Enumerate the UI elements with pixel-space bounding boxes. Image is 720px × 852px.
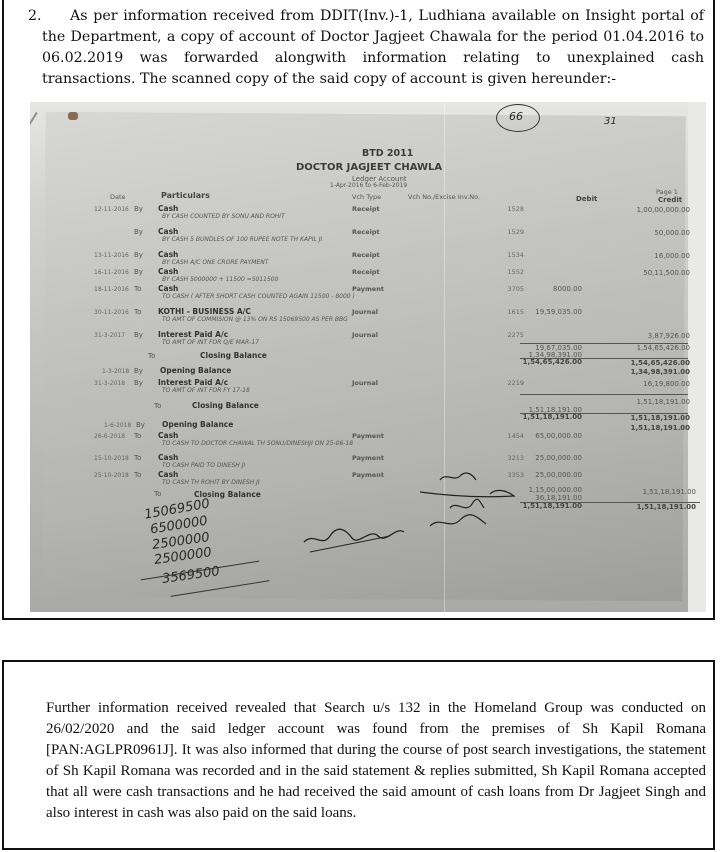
ledger-period-text: 1-Apr-2016 to 6-Feb-2019 (330, 182, 407, 189)
opening-by: By (134, 367, 143, 375)
entry-by-to: To (134, 285, 141, 293)
entry-vch-no: 3213 (507, 454, 524, 462)
paragraph-2-text: As per information received from DDIT(In… (42, 8, 704, 87)
entry-vch-type: Receipt (352, 228, 380, 236)
closing-credit-total: 1,51,18,191.00 (637, 503, 696, 511)
entry-vch-type: Receipt (352, 268, 380, 276)
entry-by-to: To (134, 308, 141, 316)
entry-by-to: By (134, 268, 143, 276)
entry-debit: 19,59,035.00 (535, 308, 582, 316)
entry-vch-type: Journal (352, 379, 378, 387)
entry-particulars: Interest Paid A/c (158, 330, 228, 339)
entry-narration: BY CASH 5000000 + 11500 =5011500 (162, 276, 278, 283)
entry-vch-no: 2219 (507, 379, 524, 387)
entry-narration: TO CASH PAID TO DINESH JI (162, 462, 245, 469)
entry-by-to: By (134, 251, 143, 259)
binder-clip (68, 112, 78, 120)
entry-particulars: Interest Paid A/c (158, 378, 228, 387)
entry-narration: BY CASH 5 BUNDLES OF 100 RUPEE NOTE TH K… (162, 236, 322, 243)
entry-by-to: To (134, 432, 141, 440)
entry-vch-no: 3705 (507, 285, 524, 293)
opening-by: By (136, 421, 145, 429)
entry-by-to: By (134, 228, 143, 236)
entry-by-to: To (134, 454, 141, 462)
entry-debit: 65,00,000.00 (535, 432, 582, 440)
entry-credit: 50,11,500.00 (643, 269, 690, 277)
entry-credit: 16,19,800.00 (643, 380, 690, 388)
closing-debit-total: 1,51,18,191.00 (523, 413, 582, 421)
entry-credit: 3,87,926.00 (648, 332, 690, 340)
entry-credit: 1,00,00,000.00 (637, 206, 690, 214)
entry-date: 30-11-2016 (94, 309, 129, 316)
entry-vch-no: 1529 (507, 228, 524, 236)
entry-credit: 50,000.00 (654, 229, 690, 237)
entry-vch-type: Payment (352, 454, 384, 462)
handwritten-note: 31 (604, 116, 617, 127)
closing-to: To (154, 402, 161, 410)
opening-date: 1-6-2018 (104, 422, 131, 429)
entry-narration: TO CASH TO DOCTOR CHAWAL TH SONU/DINESHJ… (162, 440, 353, 447)
entry-debit: 8000.00 (553, 285, 582, 293)
paragraph-number: 2. (28, 6, 70, 27)
entry-narration: TO CASH ( AFTER SHORT CASH COUNTED AGAIN… (162, 293, 355, 300)
entry-vch-type: Payment (352, 432, 384, 440)
opening-balance-label: Opening Balance (162, 420, 233, 429)
entry-date: 13-11-2016 (94, 252, 129, 259)
entry-vch-type: Payment (352, 471, 384, 479)
closing-credit-subtotal: 1,51,18,191.00 (637, 398, 690, 406)
closing-debit-subtotal: 1,15,00,000.00 (529, 486, 582, 494)
entry-vch-no: 1615 (507, 308, 524, 316)
col-debit: Debit (576, 195, 597, 203)
closing-credit-total: 1,51,18,191.00 (631, 414, 690, 422)
closing-debit-balance: 36,18,191.00 (535, 494, 582, 502)
handwritten-page-number: 66 (509, 110, 523, 123)
entry-narration: TO AMT OF INT FOR Q/E MAR-17 (162, 339, 259, 346)
entry-vch-type: Payment (352, 285, 384, 293)
entry-vch-no: 1552 (507, 268, 524, 276)
opening-balance-label: Opening Balance (160, 366, 231, 375)
closing-debit-total: 1,54,65,426.00 (523, 358, 582, 366)
entry-vch-no: 1534 (507, 251, 524, 259)
entry-date: 31-3-2017 (94, 332, 125, 339)
entry-particulars: KOTHI - BUSINESS A/C (158, 307, 251, 316)
entry-particulars: Cash (158, 204, 178, 213)
opening-date: 1-3-2018 (102, 368, 129, 375)
ledger-account-name: DOCTOR JAGJEET CHAWLA (296, 162, 442, 173)
closing-balance-label: Closing Balance (200, 351, 267, 360)
closing-credit-subtotal: 1,54,65,426.00 (637, 344, 690, 352)
paragraph-2: 2.As per information received from DDIT(… (42, 6, 704, 90)
entry-date: 31-3-2018 (94, 380, 125, 387)
entry-narration: BY CASH COUNTED BY SONU AND ROHIT (162, 213, 285, 220)
entry-narration: TO AMT OF COMMISION @ 13% ON RS 15069500… (162, 316, 348, 323)
entry-particulars: Cash (158, 431, 178, 440)
entry-by-to: By (134, 379, 143, 387)
entry-vch-no: 1454 (507, 432, 524, 440)
entry-debit: 25,00,000.00 (535, 454, 582, 462)
entry-particulars: Cash (158, 250, 178, 259)
entry-vch-no: 1528 (507, 205, 524, 213)
opening-credit: 1,34,98,391.00 (631, 368, 690, 376)
entry-particulars: Cash (158, 453, 178, 462)
entry-vch-no: 2275 (507, 331, 524, 339)
paper-fold-line (30, 112, 38, 232)
opening-credit: 1,51,18,191.00 (631, 424, 690, 432)
entry-narration: BY CASH A/C ONE CRORE PAYMENT (162, 259, 268, 266)
paragraph-3: Further information received revealed th… (46, 698, 706, 824)
entry-by-to: By (134, 205, 143, 213)
ledger-company: BTD 2011 (362, 148, 413, 159)
closing-balance-label: Closing Balance (192, 401, 259, 410)
entry-narration: TO AMT OF INT FOR FY 17-18 (162, 387, 250, 394)
entry-credit: 16,000.00 (654, 252, 690, 260)
closing-credit-subtotal: 1,51,18,191.00 (643, 488, 696, 496)
entry-date: 12-11-2016 (94, 206, 129, 213)
entry-particulars: Cash (158, 470, 178, 479)
entry-narration: TO CASH TH ROHIT BY DINESH JI (162, 479, 260, 486)
entry-date: 15-10-2018 (94, 455, 129, 462)
signature-2 (410, 468, 520, 548)
closing-credit-total: 1,54,65,426.00 (631, 359, 690, 367)
entry-date: 16-11-2016 (94, 269, 129, 276)
entry-by-to: To (134, 471, 141, 479)
entry-particulars: Cash (158, 284, 178, 293)
page-label: Page 1 (656, 188, 678, 196)
entry-date: 25-10-2018 (94, 472, 129, 479)
col-vch-type: Vch Type (352, 193, 381, 201)
closing-debit-total: 1,51,18,191.00 (523, 502, 582, 510)
entry-date: 26-6-2018 (94, 433, 125, 440)
entry-vch-type: Journal (352, 308, 378, 316)
entry-particulars: Cash (158, 227, 178, 236)
col-particulars: Particulars (161, 191, 210, 200)
scanned-ledger-image: BTD 2011 DOCTOR JAGJEET CHAWLA Ledger Ac… (30, 102, 706, 612)
col-vch-no: Vch No./Excise Inv.No. (408, 193, 480, 201)
closing-to: To (148, 352, 155, 360)
entry-debit: 25,00,000.00 (535, 471, 582, 479)
col-credit: Credit (658, 196, 682, 204)
closing-to: To (154, 490, 161, 498)
signature-1 (300, 512, 410, 562)
entry-vch-type: Journal (352, 331, 378, 339)
entry-vch-type: Receipt (352, 205, 380, 213)
entry-by-to: By (134, 331, 143, 339)
entry-date: 18-11-2016 (94, 286, 129, 293)
entry-vch-type: Receipt (352, 251, 380, 259)
col-date: Date (110, 193, 126, 201)
entry-particulars: Cash (158, 267, 178, 276)
